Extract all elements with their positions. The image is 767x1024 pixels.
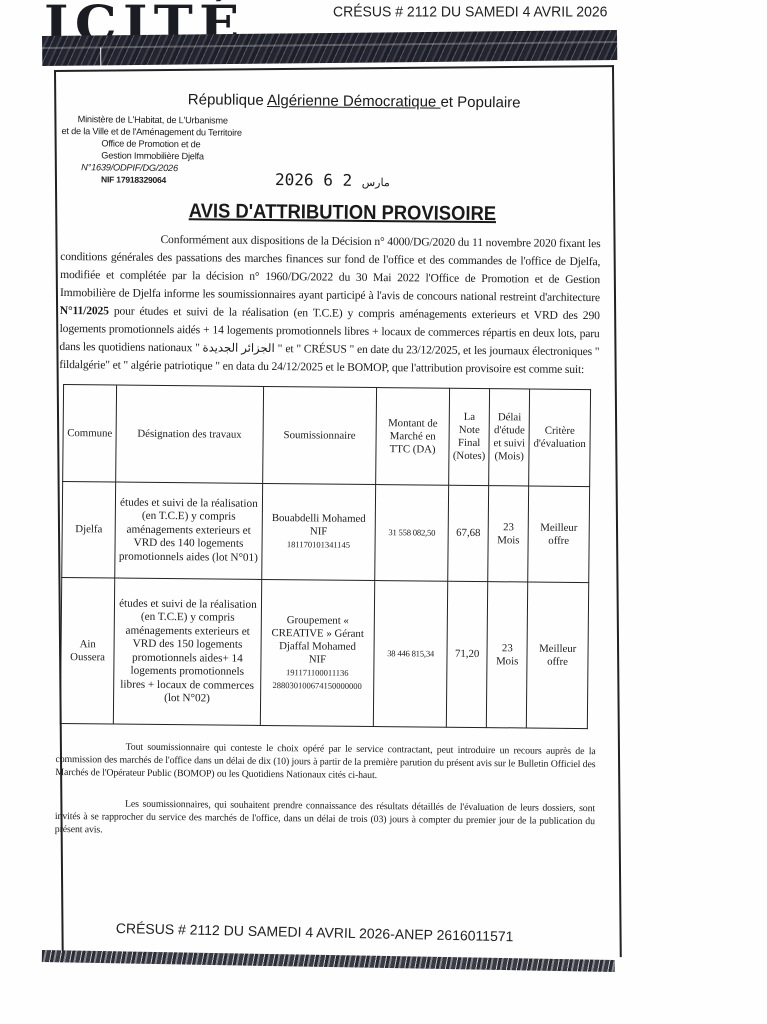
contest-reference: N°11/2025 (60, 304, 109, 317)
results-paragraph: Les soumissionnaires, qui souhaitent pre… (55, 797, 595, 841)
cell-bidder: Groupement « CREATIVE » Gérant Djaffal M… (260, 579, 375, 726)
date-stamp: 2026 مارس 2 6 (275, 170, 390, 190)
appeal-paragraph: Tout soumissionnaire qui conteste le cho… (55, 740, 595, 784)
republic-prefix: République (188, 91, 267, 109)
ministry-line-2: et de la Ville et de l'Aménagement du Te… (61, 125, 291, 139)
decorative-band-top (42, 30, 617, 66)
band-divider (100, 47, 101, 65)
stamp-month: مارس (362, 176, 390, 189)
col-header-delay: Délai d'étude et suivi (Mois) (489, 389, 530, 486)
nif-number: NIF 17918329064 (61, 173, 291, 187)
bidder-nif-label: NIF (265, 525, 372, 539)
cell-amount: 38 446 815,34 (374, 581, 448, 728)
appeal-text: Tout soumissionnaire qui conteste le cho… (55, 742, 595, 781)
cell-commune: Ain Oussera (60, 578, 115, 725)
col-header-bidder: Soumissionnaire (262, 386, 377, 484)
col-header-designation: Désignation des travaux (116, 385, 263, 483)
results-text: Les soumissionnaires, qui souhaitent pre… (55, 799, 595, 836)
col-header-commune: Commune (63, 385, 117, 483)
cell-bidder: Bouabdelli Mohamed NIF 181170101341145 (261, 483, 376, 580)
attribution-table: Commune Désignation des travaux Soumissi… (60, 384, 591, 729)
col-header-criterion: Critère d'évaluation (529, 389, 591, 487)
cell-criterion: Meilleur offre (528, 486, 590, 583)
bidder-nif: 181170101341145 (265, 538, 372, 552)
bidder-name: Bouabdelli Mohamed (265, 512, 372, 526)
cell-delay: 23 Mois (488, 486, 529, 582)
cell-score: 67,68 (448, 485, 489, 581)
cell-score: 71,20 (446, 581, 488, 727)
cell-designation: études et suivi de la réalisation (en T.… (114, 578, 262, 725)
republic-suffix: et Populaire (440, 94, 520, 112)
bidder-name: Groupement « CREATIVE » Gérant Djaffal M… (264, 613, 371, 653)
cell-amount: 31 558 082,50 (375, 485, 449, 582)
stamp-day: 2 6 (323, 171, 352, 190)
notice-content: République Algérienne Démocratique et Po… (55, 82, 602, 841)
stamp-year: 2026 (275, 170, 314, 189)
bidder-account-number: 288030100674150000000 (264, 678, 371, 692)
republic-heading: République Algérienne Démocratique et Po… (188, 91, 602, 112)
bidder-nif-label: NIF (264, 652, 371, 666)
col-header-amount: Montant de Marché en TTC (DA) (376, 388, 450, 486)
table-row: Djelfa études et suivi de la réalisation… (62, 482, 590, 583)
republic-underlined: Algérienne Démocratique (267, 92, 441, 111)
notice-title: AVIS D'ATTRIBUTION PROVISOIRE (189, 200, 497, 226)
cell-delay: 23 Mois (487, 582, 528, 728)
intro-text-1: Conformément aux dispositions de la Déci… (60, 233, 601, 304)
table-header-row: Commune Désignation des travaux Soumissi… (63, 385, 591, 487)
cell-criterion: Meilleur offre (527, 582, 589, 729)
cell-commune: Djelfa (62, 482, 116, 579)
intro-text-2: pour études et suivi de la réalisation (… (59, 304, 600, 376)
reference-number: N°1639/ODPIF/DG/2026 (61, 161, 291, 175)
table-row: Ain Oussera études et suivi de la réalis… (60, 578, 588, 729)
bidder-nif: 191171100011136 (264, 665, 371, 679)
col-header-score: La Note Final (Notes) (449, 388, 490, 485)
issuer-block: Ministère de L'Habitat, de L'Urbanisme e… (61, 113, 292, 187)
issue-header: CRÉSUS # 2112 DU SAMEDI 4 AVRIL 2026 (333, 3, 607, 20)
cell-designation: études et suivi de la réalisation (en T.… (115, 482, 262, 579)
intro-paragraph: Conformément aux dispositions de la Déci… (59, 230, 600, 379)
